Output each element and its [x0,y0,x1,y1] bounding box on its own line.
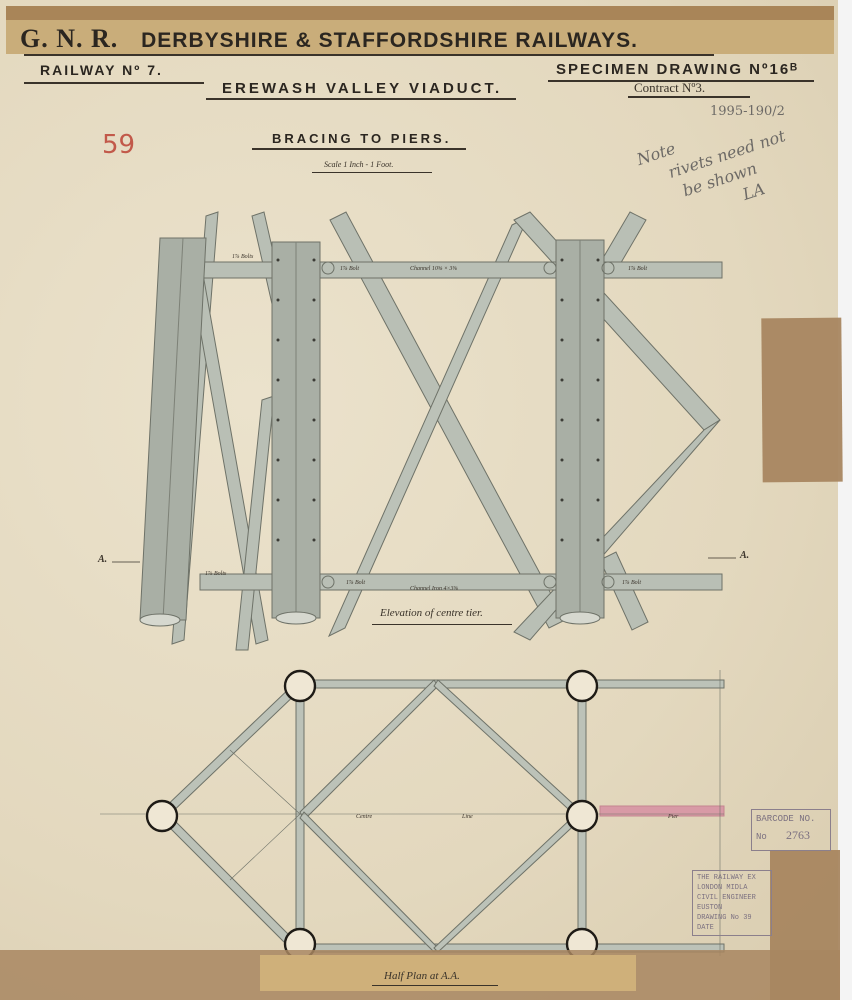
archive-stamp: THE RAILWAY EX LONDON MIDLA CIVIL ENGINE… [692,870,772,936]
plan-caption: Half Plan at A.A. [384,970,460,982]
svg-text:1⅞ Bolts: 1⅞ Bolts [205,571,227,577]
barcode-no-label: No [756,832,767,842]
barcode-stamp: BARCODE NO. No 2763 [751,809,831,851]
engineering-drawing: 1⅞ Bolts 1⅞ Bolt Channel 10⅝ × 3⅝ 1⅞ Bol… [0,0,852,1000]
plan-view [160,680,724,952]
barcode-label: BARCODE NO. [756,814,815,824]
svg-text:Centre: Centre [356,814,372,820]
plan-caption-underline [372,985,498,986]
elevation-caption: Elevation of centre tier. [380,607,483,619]
svg-text:Channel Iron 4×3⅝: Channel Iron 4×3⅝ [410,585,458,592]
tape-patch-right [761,318,842,483]
barcode-number: 2763 [786,828,810,843]
elevation-caption-underline [372,624,512,625]
svg-text:1⅞ Bolt: 1⅞ Bolt [340,266,359,272]
svg-text:1⅞ Bolt: 1⅞ Bolt [346,580,365,586]
svg-text:Line: Line [461,814,473,820]
section-mark-right: A. [740,550,749,561]
svg-text:Channel 10⅝ × 3⅝: Channel 10⅝ × 3⅝ [410,266,457,272]
svg-text:Pier: Pier [667,814,679,820]
svg-text:1⅞ Bolt: 1⅞ Bolt [628,266,647,272]
section-mark-left: A. [98,554,107,565]
svg-text:1⅞ Bolt: 1⅞ Bolt [622,580,641,586]
svg-text:1⅞ Bolts: 1⅞ Bolts [232,254,254,260]
section-line-aa [112,558,736,562]
